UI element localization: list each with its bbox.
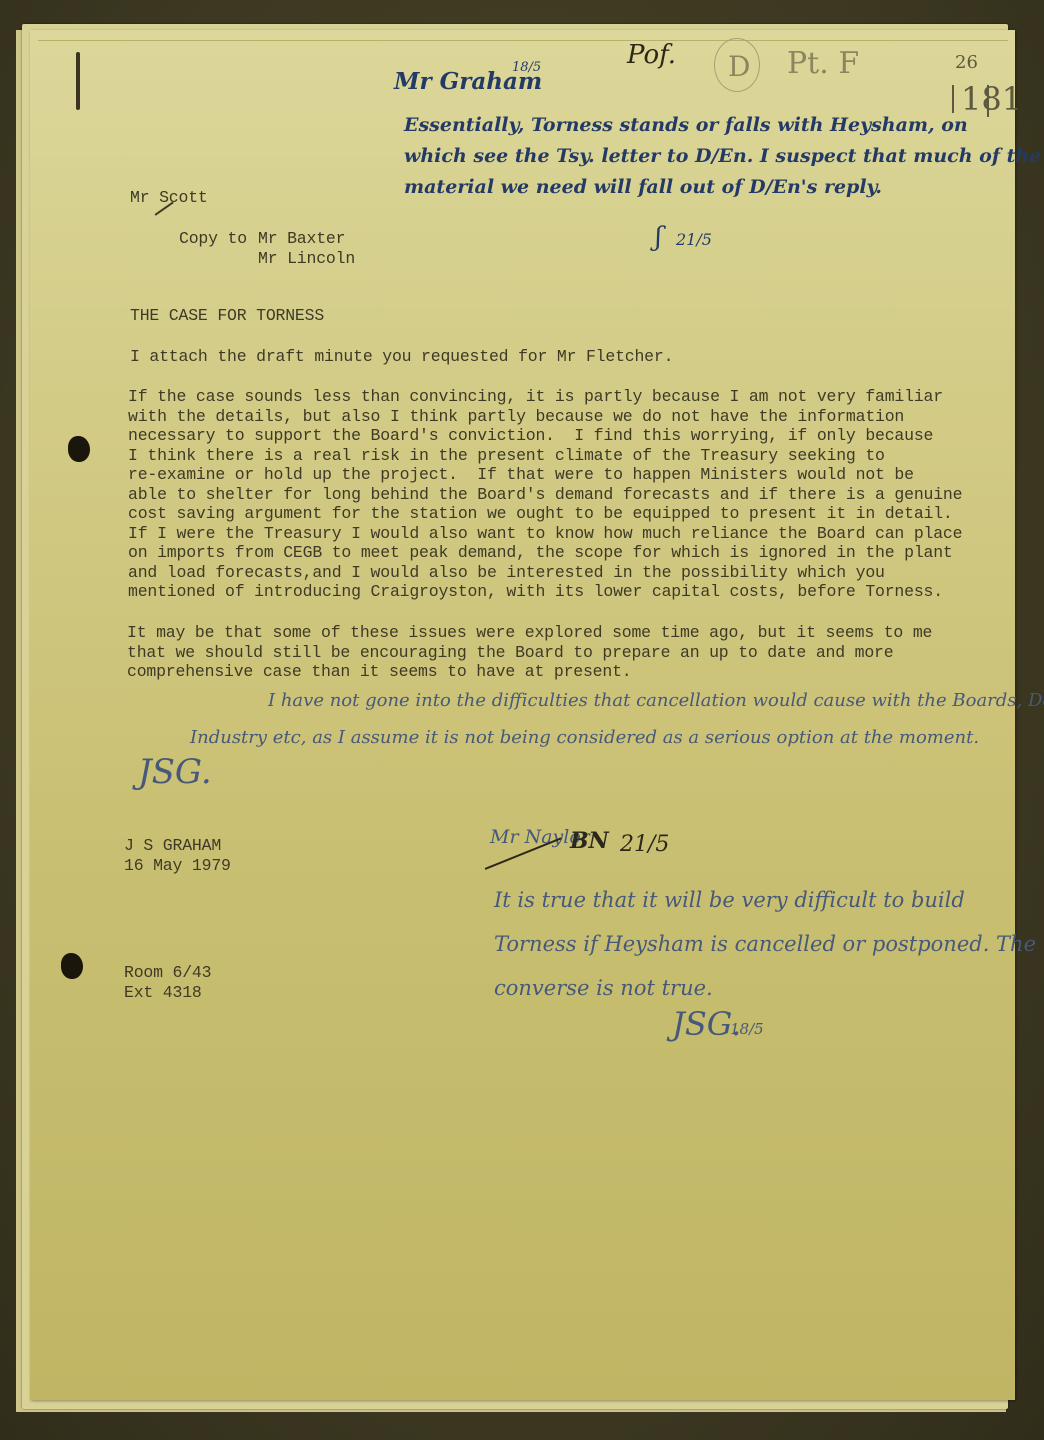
room-number: Room 6/43 [124,963,211,983]
note-addressee-date: 18/5 [512,60,541,75]
memo-title: THE CASE FOR TORNESS [130,306,324,326]
part-marker: Pt. F [787,46,859,81]
copy-to-recipient: Mr Baxter [258,229,345,249]
page-edge-line [38,40,1008,41]
folio-small: 26 [955,52,978,73]
mid-note-line: Industry etc, as I assume it is not bein… [190,727,979,748]
phone-extension: Ext 4318 [124,983,202,1003]
copy-to-label: Copy to [179,229,247,249]
top-handwritten-note: Essentially, Torness stands or falls wit… [404,110,1041,203]
routing-initials: BN [570,828,609,854]
paragraph-2: If the case sounds less than convincing,… [128,387,962,602]
paragraph-1: I attach the draft minute you requested … [130,347,673,367]
paragraph-3: It may be that some of these issues were… [127,623,932,682]
bottom-handwritten-note: It is true that it will be very difficul… [494,878,1036,1010]
note-initials: ʃ [655,222,662,252]
mid-note-initials: JSG. [138,752,212,792]
staple-mark [76,52,80,110]
mid-note-line: I have not gone into the difficulties th… [268,690,1044,711]
circled-letter: D [728,50,750,83]
punch-hole-icon [68,436,90,462]
memo-date: 16 May 1979 [124,856,231,876]
pof-marker: Pof. [627,40,676,70]
copy-to-recipient: Mr Lincoln [258,249,355,269]
punch-hole-icon [61,953,83,979]
routing-date: 21/5 [620,832,669,857]
bottom-note-date: 18/5 [730,1020,764,1038]
memo-page [30,30,1015,1400]
author-name: J S GRAHAM [124,836,221,856]
folio-bracket [952,85,954,113]
note-initials-date: 21/5 [676,230,712,249]
